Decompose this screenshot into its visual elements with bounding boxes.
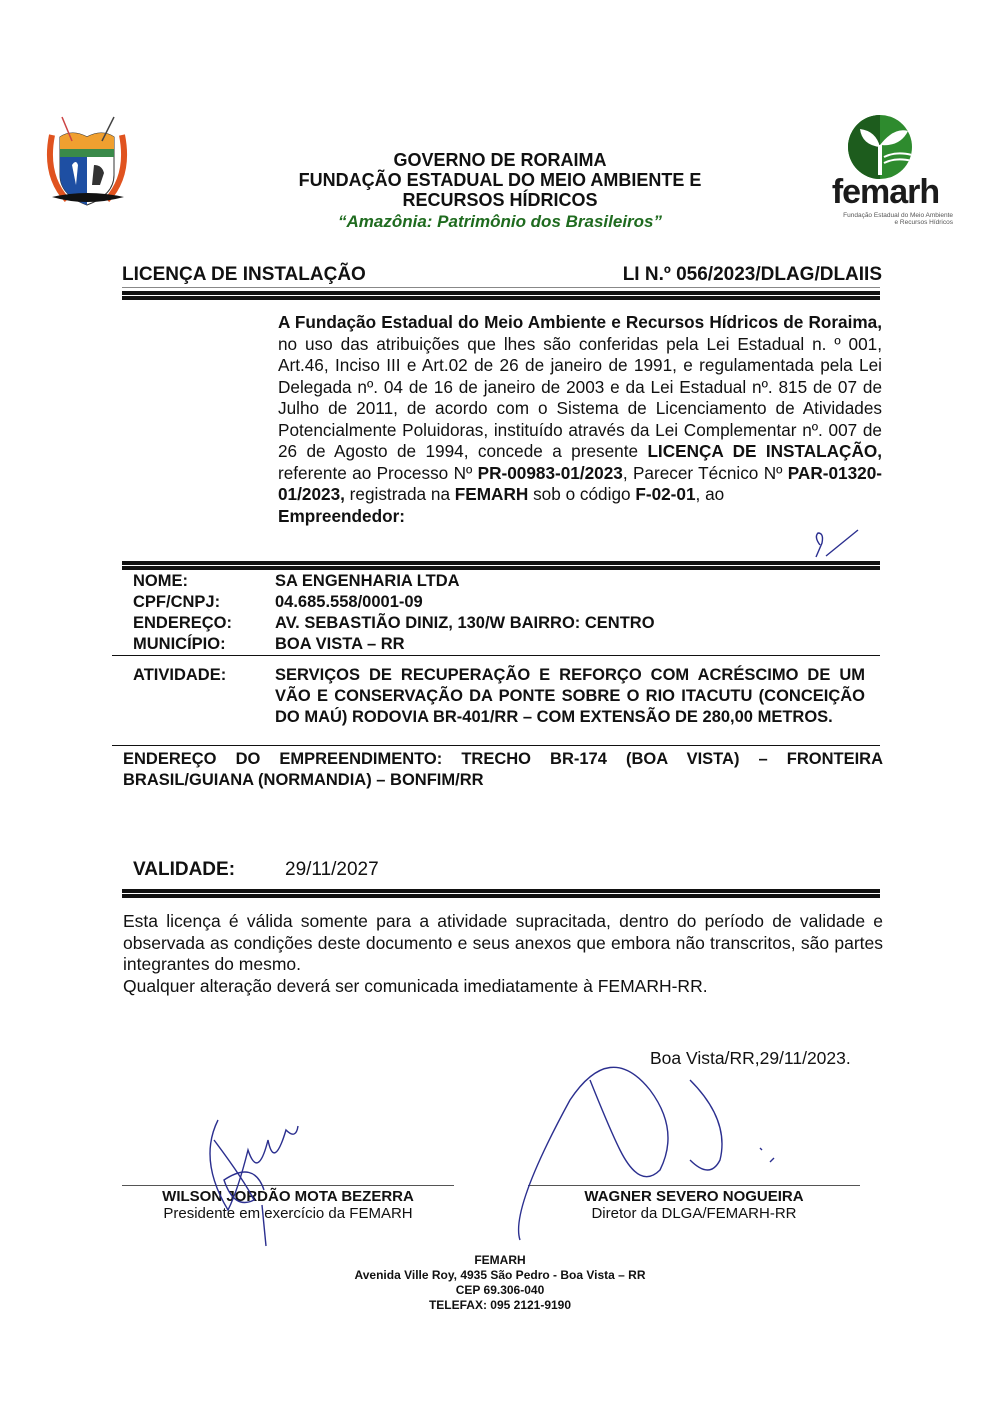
footer-contact: FEMARH Avenida Ville Roy, 4935 São Pedro… [300,1253,700,1313]
handwritten-signatures [0,0,1000,1414]
footer-address: Avenida Ville Roy, 4935 São Pedro - Boa … [300,1268,700,1283]
footer-org: FEMARH [300,1253,700,1268]
footer-phone: TELEFAX: 095 2121-9190 [300,1298,700,1313]
footer-cep: CEP 69.306-040 [300,1283,700,1298]
